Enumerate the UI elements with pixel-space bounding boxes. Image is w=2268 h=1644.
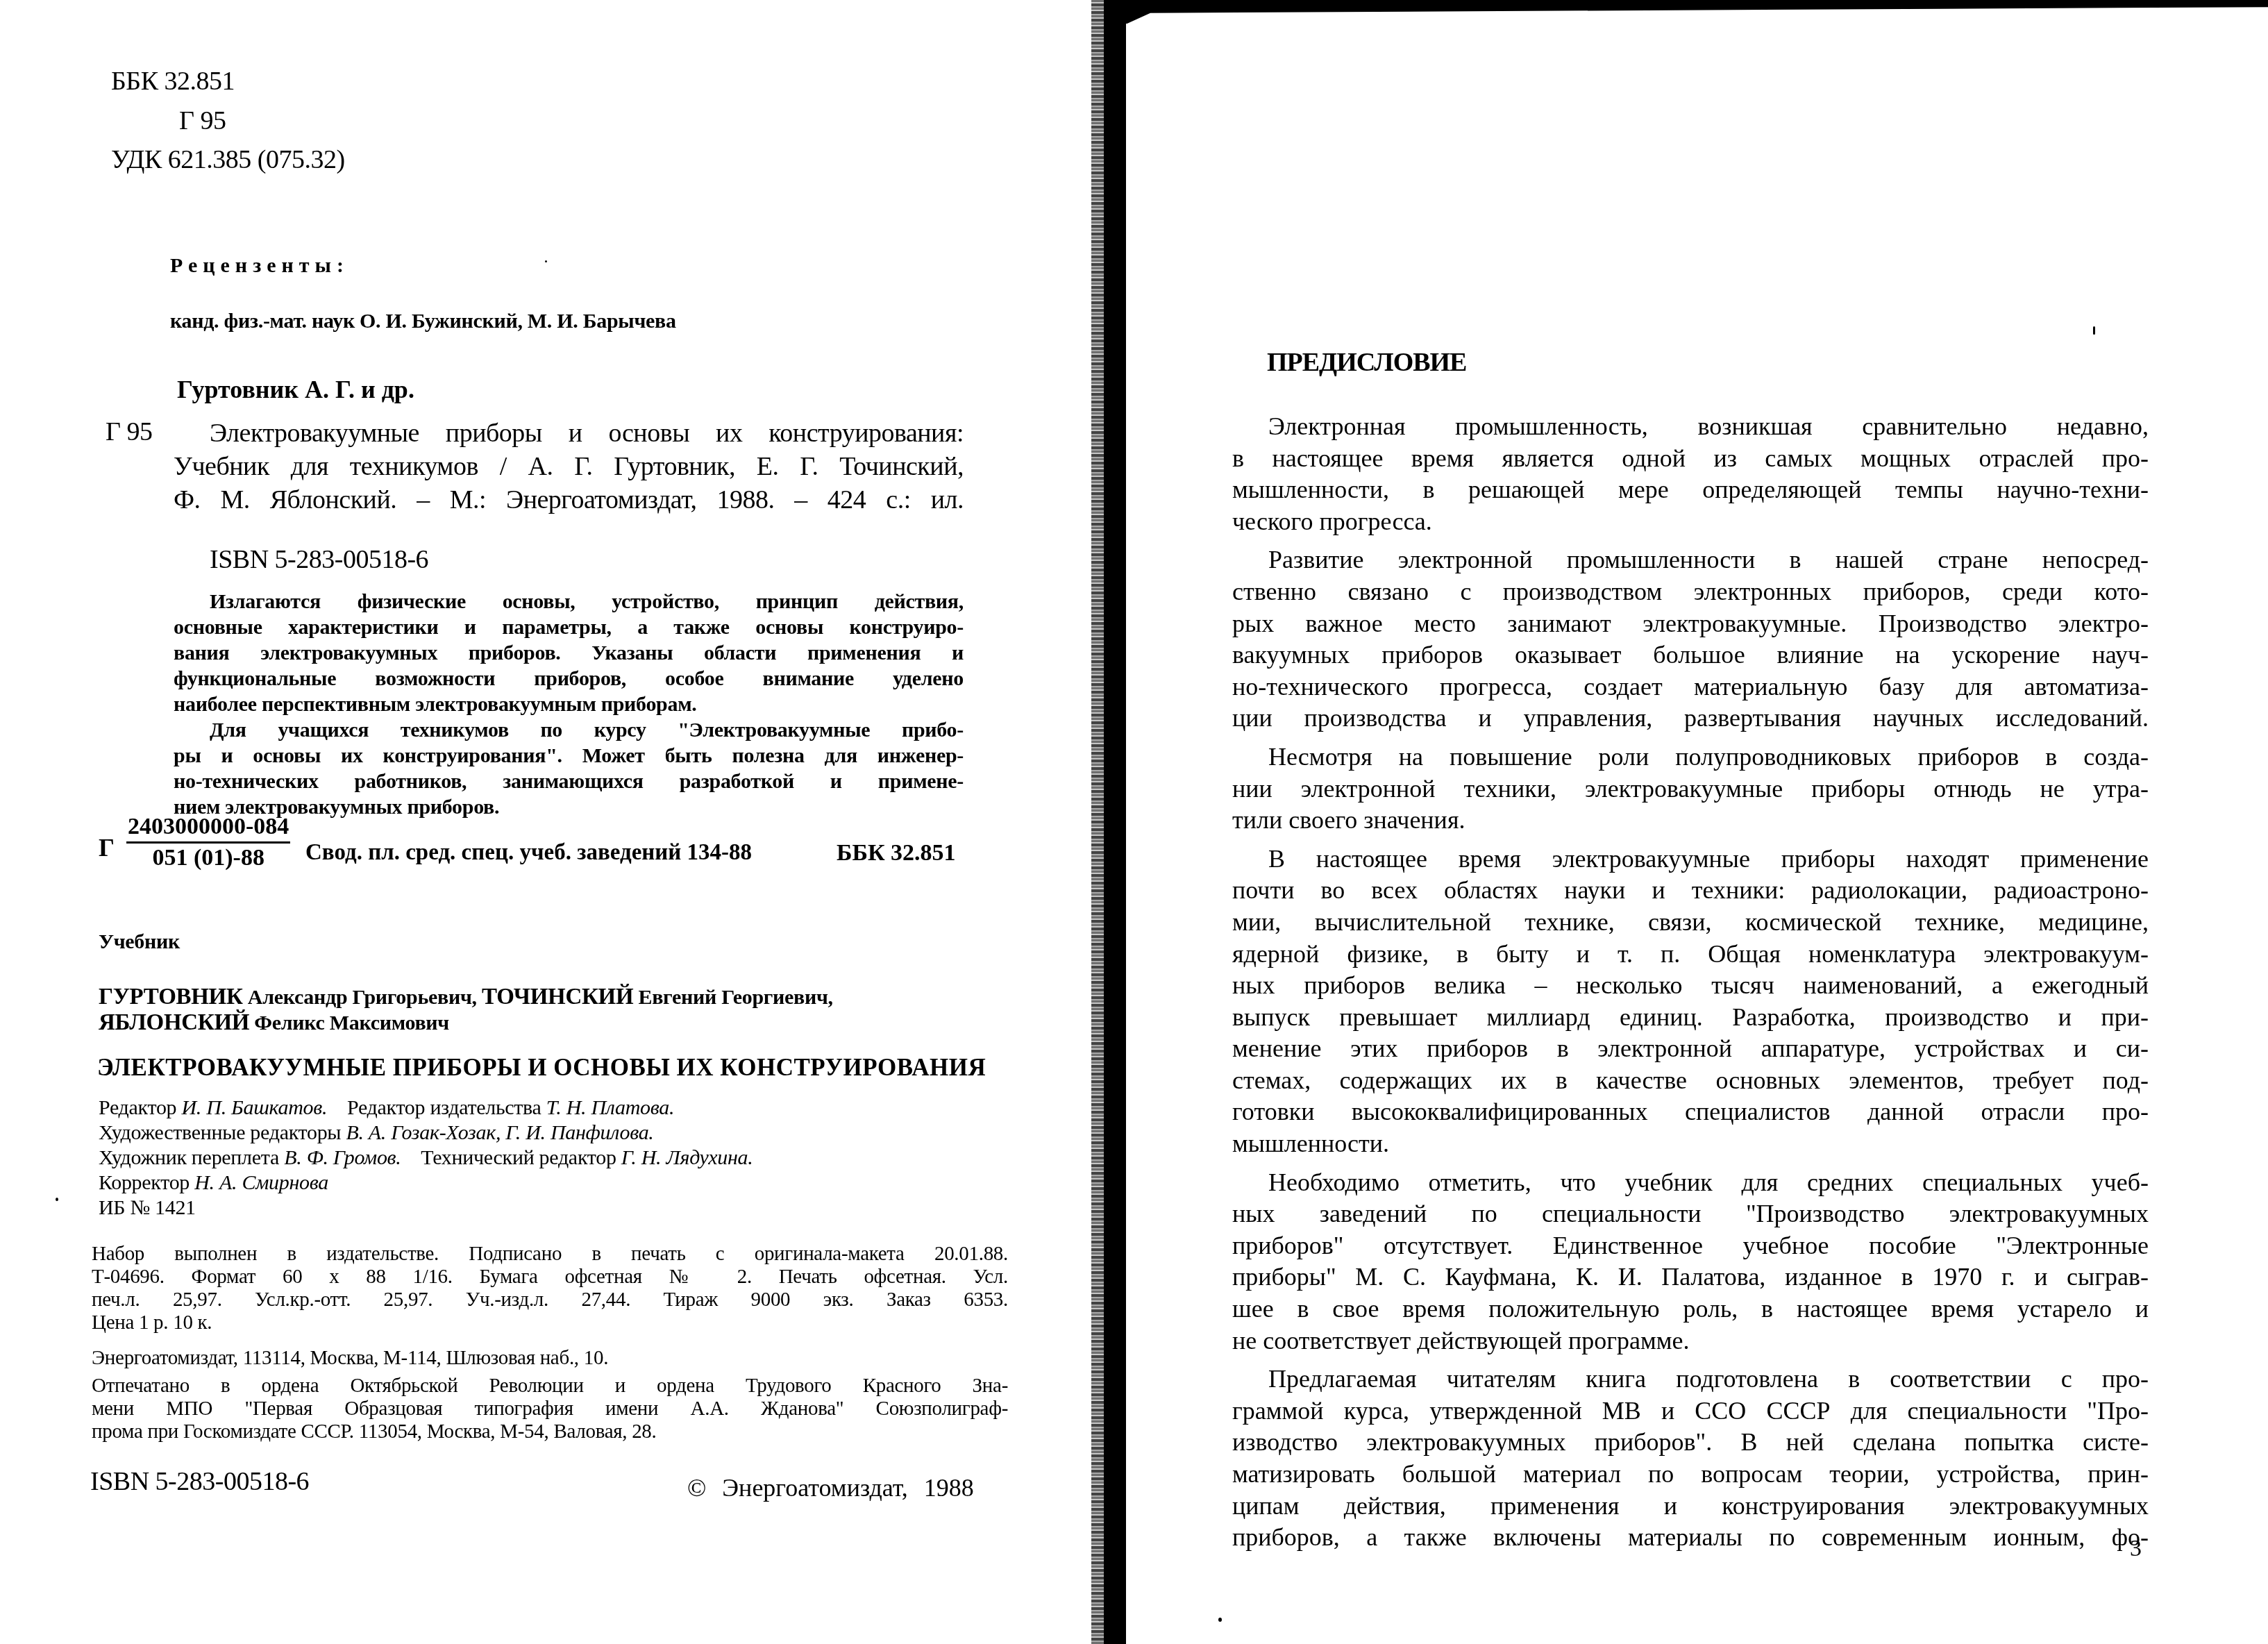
body-line: мии, вычислительной технике, связи, косм… xyxy=(1232,907,2149,939)
body-line: ных заведений по специальности "Производ… xyxy=(1232,1198,2149,1230)
scan-speck xyxy=(1218,1618,1222,1622)
index-bbk: ББК 32.851 xyxy=(837,840,956,866)
imprint-type: Учебник xyxy=(99,930,180,954)
annotation-line: основные характеристики и параметры, а т… xyxy=(174,614,964,640)
catalog-description: Электровакуумные приборы и основы их кон… xyxy=(174,417,964,517)
credits: Редактор И. П. Башкатов. Редактор издате… xyxy=(99,1096,753,1221)
credits-line: Художник переплета В. Ф. Громов. Техниче… xyxy=(99,1146,753,1171)
catalog-line: Ф. М. Яблонский. – М.: Энергоатомиздат, … xyxy=(174,483,964,517)
scan-speck xyxy=(545,260,547,262)
book-spine xyxy=(1104,0,1126,1644)
credits-line: Корректор Н. А. Смирнова xyxy=(99,1171,753,1196)
catalog-isbn: ISBN 5-283-00518-6 xyxy=(210,544,428,575)
print-info-line: Цена 1 р. 10 к. xyxy=(92,1311,1008,1334)
print-info-line: Т-04696. Формат 60 х 88 1/16. Бумага офс… xyxy=(92,1266,1008,1289)
printer-info: Отпечатано в ордена Октябрьской Революци… xyxy=(92,1375,1008,1443)
body-line: Развитие электронной промышленности в на… xyxy=(1232,544,2149,576)
authors-line-2: ЯБЛОНСКИЙ Феликс Максимович xyxy=(99,1010,449,1036)
publisher-address: Энергоатомиздат, 113114, Москва, М-114, … xyxy=(92,1347,608,1370)
printer-line: мени МПО "Первая Образцовая типография и… xyxy=(92,1398,1008,1420)
book-title: ЭЛЕКТРОВАКУУМНЫЕ ПРИБОРЫ И ОСНОВЫ ИХ КОН… xyxy=(97,1054,986,1082)
body-line: Предлагаемая читателям книга подготовлен… xyxy=(1232,1364,2149,1395)
body-line: ципам действия, применения и конструиров… xyxy=(1232,1491,2149,1523)
catalog-line: Учебник для техникумов / А. Г. Гуртовник… xyxy=(174,450,964,483)
body-line: матизировать большой материал по вопроса… xyxy=(1232,1459,2149,1491)
annotation-line: вания электровакуумных приборов. Указаны… xyxy=(174,640,964,666)
body-line: не соответствует действующей программе. xyxy=(1232,1325,2149,1357)
printer-line: Отпечатано в ордена Октябрьской Революци… xyxy=(92,1375,1008,1398)
author-surname: ЯБЛОНСКИЙ xyxy=(99,1010,249,1035)
credits-line: Художественные редакторы В. А. Гозак-Хоз… xyxy=(99,1121,753,1146)
author-heading: Гуртовник А. Г. и др. xyxy=(177,375,414,404)
author-given: Евгений Георгиевич, xyxy=(638,986,832,1009)
body-line: нии электронной техники, электровакуумны… xyxy=(1232,773,2149,805)
body-line: мышленности, в решающей мере определяюще… xyxy=(1232,474,2149,506)
author-given: Александр Григорьевич, xyxy=(248,986,477,1009)
body-line: готовки высококвалифицированных специали… xyxy=(1232,1096,2149,1128)
body-line: в настоящее время является одной из самы… xyxy=(1232,443,2149,475)
annotation-line: но-технических работников, занимающихся … xyxy=(174,769,964,794)
author-mark: Г 95 xyxy=(179,106,226,136)
body-line: приборов, а также включены материалы по … xyxy=(1232,1522,2149,1554)
scan-speck xyxy=(2093,326,2095,335)
annotation: Излагаются физические основы, устройство… xyxy=(174,589,964,820)
body-line: изводство электровакуумных приборов". В … xyxy=(1232,1427,2149,1459)
page-number: 3 xyxy=(2130,1536,2142,1562)
body-line: ции производства и управления, развертыв… xyxy=(1232,703,2149,735)
preface-heading: ПРЕДИСЛОВИЕ xyxy=(1267,347,1466,378)
body-line: приборы" М. С. Кауфмана, К. И. Палатова,… xyxy=(1232,1261,2149,1293)
body-line: стемах, содержащих их в качестве основны… xyxy=(1232,1065,2149,1097)
body-line: граммой курса, утвержденной МВ и ССО ССС… xyxy=(1232,1395,2149,1427)
body-line: шее в свое время положительную роль, в н… xyxy=(1232,1293,2149,1325)
body-line: но-технического прогресса, создает матер… xyxy=(1232,671,2149,703)
authors-line-1: ГУРТОВНИК Александр Григорьевич, ТОЧИНСК… xyxy=(99,984,833,1010)
preface-body: Электронная промышленность, возникшая ср… xyxy=(1232,411,2149,1554)
annotation-line: Для учащихся техникумов по курсу "Электр… xyxy=(174,717,964,743)
page-top-edge-shadow xyxy=(1104,0,2268,24)
print-info-line: печ.л. 25,97. Усл.кр.-отт. 25,97. Уч.-из… xyxy=(92,1289,1008,1311)
body-line: ных приборов велика – несколько тысяч на… xyxy=(1232,970,2149,1002)
index-plan: Свод. пл. сред. спец. учеб. заведений 13… xyxy=(305,840,752,866)
ib-number: ИБ № 1421 xyxy=(99,1196,753,1221)
body-line: Необходимо отметить, что учебник для сре… xyxy=(1232,1167,2149,1199)
body-line: мышленности. xyxy=(1232,1128,2149,1160)
author-surname: ТОЧИНСКИЙ xyxy=(482,984,633,1009)
body-line: рых важное место занимают электровакуумн… xyxy=(1232,608,2149,640)
body-line: Электронная промышленность, возникшая ср… xyxy=(1232,411,2149,443)
credits-line: Редактор И. П. Башкатов. Редактор издате… xyxy=(99,1096,753,1121)
body-line: приборов" отсутствует. Единственное учеб… xyxy=(1232,1230,2149,1262)
author-surname: ГУРТОВНИК xyxy=(99,984,243,1009)
body-line: тили своего значения. xyxy=(1232,805,2149,837)
annotation-line: функциональные возможности приборов, осо… xyxy=(174,666,964,691)
body-line: Несмотря на повышение роли полупроводник… xyxy=(1232,741,2149,773)
footer-isbn: ISBN 5-283-00518-6 xyxy=(90,1466,309,1497)
body-line: В настоящее время электровакуумные прибо… xyxy=(1232,844,2149,875)
index-letter: Г xyxy=(99,833,115,862)
body-line: вакуумных приборов оказывает большое вли… xyxy=(1232,639,2149,671)
body-line: ственно связано с производством электрон… xyxy=(1232,576,2149,608)
catalog-line: Электровакуумные приборы и основы их кон… xyxy=(174,417,964,450)
print-info-line: Набор выполнен в издательстве. Подписано… xyxy=(92,1243,1008,1266)
catalog-code: Г 95 xyxy=(106,417,152,447)
index-numerator: 2403000000-084 xyxy=(126,814,290,844)
left-page-imprint: ББК 32.851 Г 95 УДК 621.385 (075.32) Рец… xyxy=(0,0,1090,1644)
copyright: © Энергоатомиздат, 1988 xyxy=(687,1473,974,1502)
body-line: ядерной физике, в быту и т. п. Общая ном… xyxy=(1232,939,2149,971)
body-line: выпуск превышает миллиард единиц. Разраб… xyxy=(1232,1002,2149,1034)
index-fraction: 2403000000-084 051 (01)-88 xyxy=(126,814,290,871)
scan-speck xyxy=(56,1198,58,1201)
bbk-code: ББК 32.851 xyxy=(111,66,235,97)
reviewers-label: Рецензенты: xyxy=(170,254,349,278)
udk-code: УДК 621.385 (075.32) xyxy=(111,144,345,175)
reviewers-names: канд. физ.-мат. наук О. И. Бужинский, М.… xyxy=(170,310,676,333)
body-line: менение этих приборов в электронной аппа… xyxy=(1232,1033,2149,1065)
annotation-line: ры и основы их конструирования". Может б… xyxy=(174,743,964,769)
printer-line: прома при Госкомиздате СССР. 113054, Мос… xyxy=(92,1420,1008,1443)
author-given: Феликс Максимович xyxy=(254,1012,449,1034)
index-denominator: 051 (01)-88 xyxy=(126,844,290,871)
annotation-line: нием электровакуумных приборов. xyxy=(174,794,964,820)
print-info: Набор выполнен в издательстве. Подписано… xyxy=(92,1243,1008,1334)
annotation-line: наиболее перспективным электровакуумным … xyxy=(174,691,964,717)
annotation-line: Излагаются физические основы, устройство… xyxy=(174,589,964,614)
body-line: ческого прогресса. xyxy=(1232,506,2149,538)
body-line: почти во всех областях науки и техники: … xyxy=(1232,875,2149,907)
